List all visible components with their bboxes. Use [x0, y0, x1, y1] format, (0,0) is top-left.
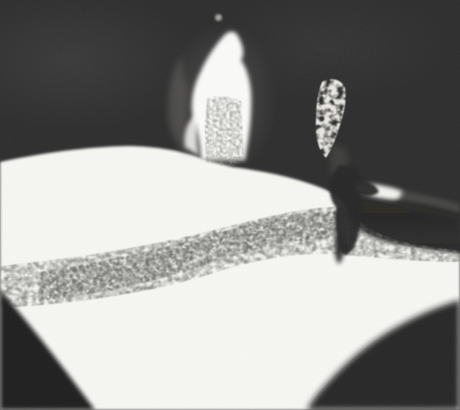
- night-pool-photograph: [0, 0, 460, 410]
- night-photo-canvas: [0, 0, 460, 410]
- film-grain-multiply-layer: [0, 0, 460, 410]
